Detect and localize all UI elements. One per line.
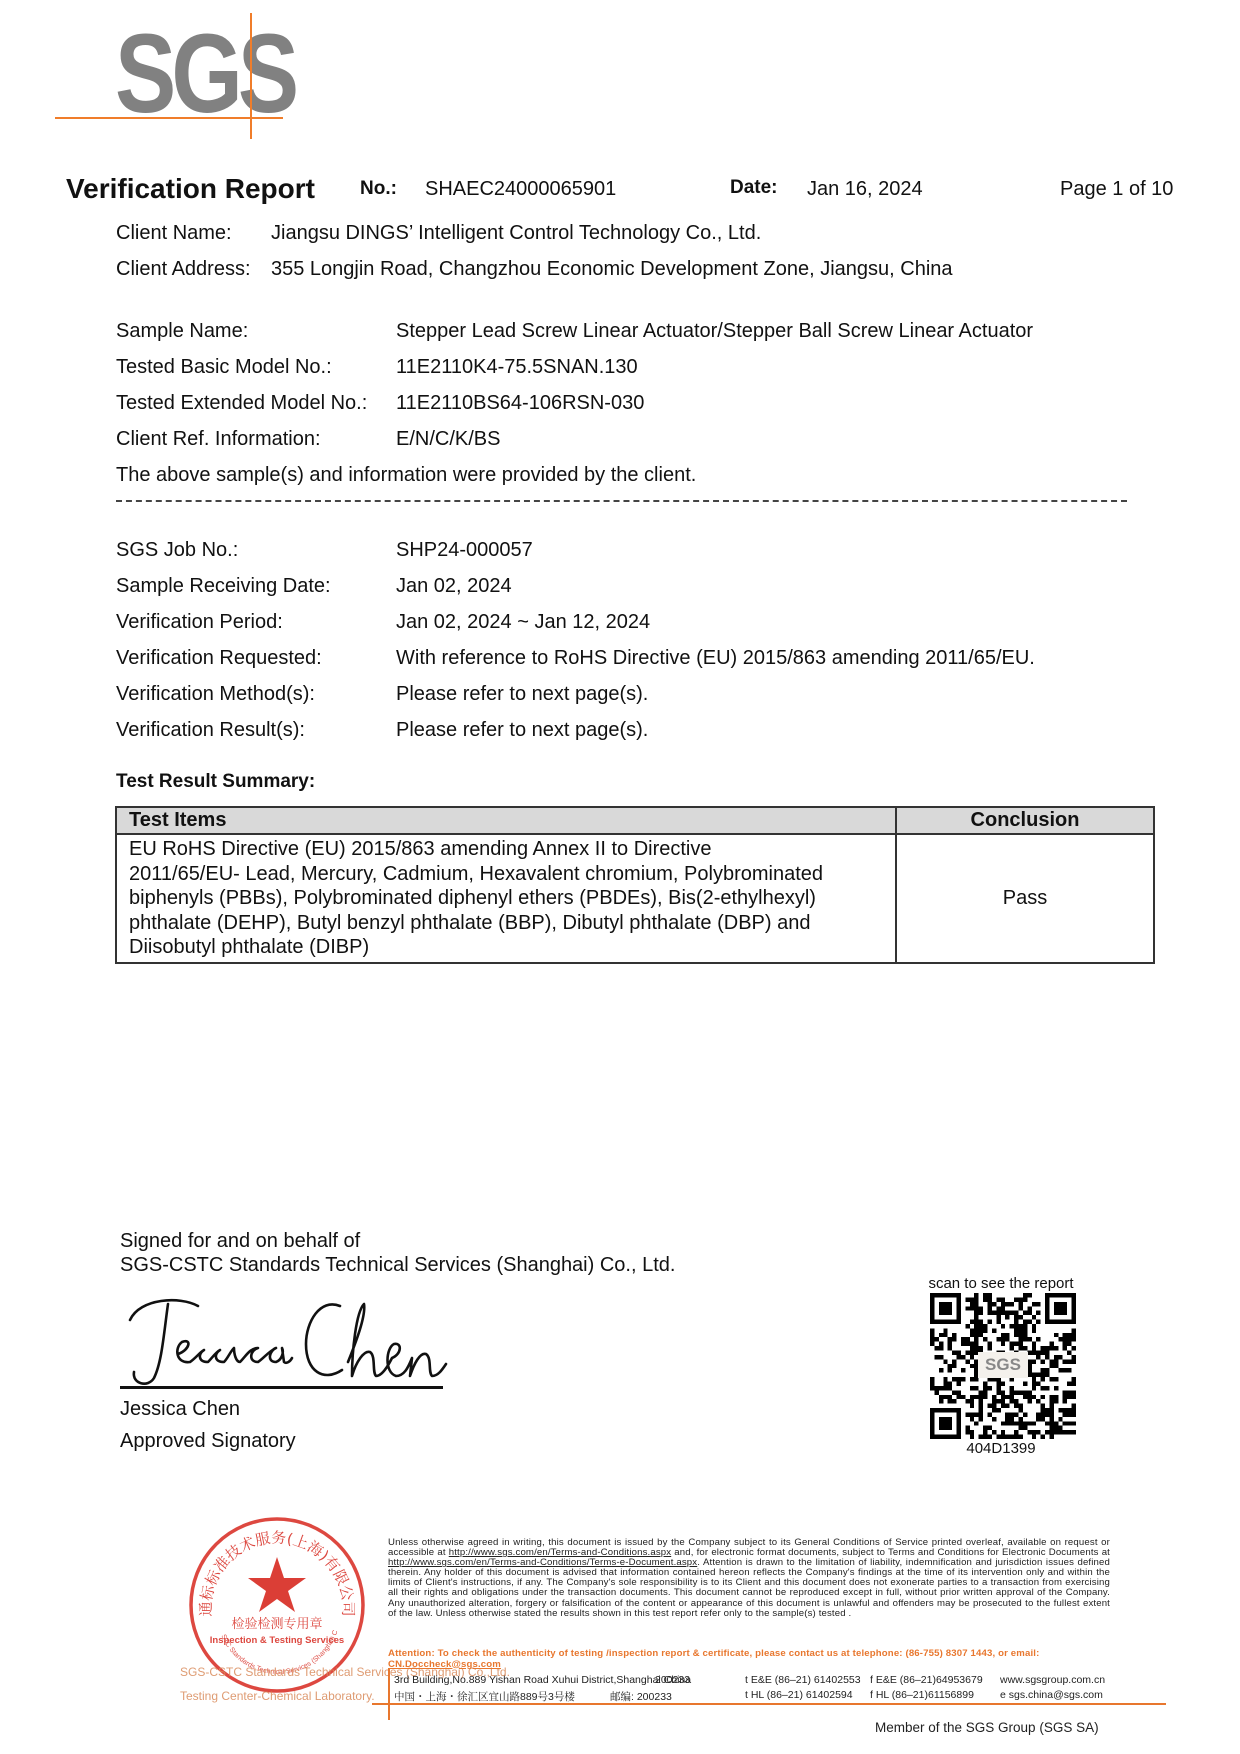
test-item-line: phthalate (DEHP), Butyl benzyl phthalate… <box>129 911 883 936</box>
address-cn: 中国・上海・徐汇区宜山路889号3号楼 <box>394 1689 575 1704</box>
column-header-test-items: Test Items <box>116 807 896 834</box>
star-icon <box>248 1557 306 1612</box>
table-header-row: Test Items Conclusion <box>116 807 1154 834</box>
legal-disclaimer: Unless otherwise agreed in writing, this… <box>388 1538 1110 1619</box>
field-value: E/N/C/K/BS <box>396 428 500 451</box>
client-address-label: Client Address: <box>116 258 251 281</box>
field-label: Verification Method(s): <box>116 683 315 706</box>
test-item-line: biphenyls (PBBs), Polybrominated dipheny… <box>129 886 883 911</box>
qr-center-logo: SGS <box>978 1352 1028 1378</box>
sgs-group-membership: Member of the SGS Group (SGS SA) <box>875 1720 1099 1735</box>
fax-ee: f E&E (86–21)64953679 <box>870 1674 983 1686</box>
doccheck-email-link[interactable]: CN.Doccheck@sgs.com <box>388 1659 501 1670</box>
report-title: Verification Report <box>66 173 315 205</box>
stamp-overlay-line2: Testing Center-Chemical Laboratory. <box>180 1689 375 1703</box>
handwritten-signature <box>120 1292 460 1392</box>
tel-hl: t HL (86–21) 61402594 <box>745 1689 853 1701</box>
sample-note: The above sample(s) and information were… <box>116 464 696 487</box>
sgs-logo: SGS <box>115 22 305 122</box>
website-link[interactable]: www.sgsgroup.com.cn <box>1000 1674 1105 1686</box>
test-item-line: 2011/65/EU- Lead, Mercury, Cadmium, Hexa… <box>129 862 883 887</box>
stamp-center-cn: 检验检测专用章 <box>231 1616 322 1632</box>
field-label: Verification Result(s): <box>116 719 305 742</box>
test-item-line: EU RoHS Directive (EU) 2015/863 amending… <box>129 837 883 862</box>
field-label: Verification Period: <box>116 611 283 634</box>
client-name-label: Client Name: <box>116 222 232 245</box>
field-value: Jan 02, 2024 ~ Jan 12, 2024 <box>396 611 650 634</box>
summary-heading: Test Result Summary: <box>116 771 315 793</box>
field-value: 11E2110BS64-106RSN-030 <box>396 392 644 415</box>
postcode-en: 200233 <box>655 1674 690 1686</box>
logo-vertical-rule <box>250 13 252 139</box>
field-value: Stepper Lead Screw Linear Actuator/Stepp… <box>396 320 1033 343</box>
disclaimer-text: . Attention is drawn to the limitation o… <box>388 1557 1110 1618</box>
fax-hl: f HL (86–21)61156899 <box>870 1689 974 1701</box>
sgs-logo-text: SGS <box>115 24 294 124</box>
field-value: Please refer to next page(s). <box>396 719 648 742</box>
logo-horizontal-rule <box>55 117 283 119</box>
signature-line <box>120 1386 443 1389</box>
field-value: With reference to RoHS Directive (EU) 20… <box>396 647 1035 670</box>
field-label: SGS Job No.: <box>116 539 238 562</box>
report-date: Jan 16, 2024 <box>807 178 923 201</box>
footer-vertical-rule <box>388 1668 390 1720</box>
authenticity-notice: Attention: To check the authenticity of … <box>388 1649 1110 1670</box>
report-date-label: Date: <box>730 177 778 199</box>
signing-company: SGS-CSTC Standards Technical Services (S… <box>120 1254 675 1277</box>
field-value: Jan 02, 2024 <box>396 575 512 598</box>
field-label: Client Ref. Information: <box>116 428 321 451</box>
field-value: 11E2110K4-75.5SNAN.130 <box>396 356 638 379</box>
field-label: Verification Requested: <box>116 647 322 670</box>
conclusion-cell: Pass <box>896 834 1154 963</box>
test-items-cell: EU RoHS Directive (EU) 2015/863 amending… <box>116 834 896 963</box>
field-value: Please refer to next page(s). <box>396 683 648 706</box>
field-label: Sample Receiving Date: <box>116 575 331 598</box>
field-label: Sample Name: <box>116 320 248 343</box>
dashed-divider <box>116 500 1127 502</box>
postcode-cn: 邮编: 200233 <box>610 1689 672 1704</box>
column-header-conclusion: Conclusion <box>896 807 1154 834</box>
report-number: SHAEC24000065901 <box>425 178 616 201</box>
qr-code-id: 404D1399 <box>926 1440 1076 1457</box>
email-link[interactable]: e sgs.china@sgs.com <box>1000 1689 1103 1701</box>
signer-name: Jessica Chen <box>120 1398 240 1421</box>
field-value: SHP24-000057 <box>396 539 533 562</box>
signed-on-behalf-text: Signed for and on behalf of <box>120 1230 360 1253</box>
signer-title: Approved Signatory <box>120 1430 296 1453</box>
tel-ee: t E&E (86–21) 61402553 <box>745 1674 861 1686</box>
field-label: Tested Extended Model No.: <box>116 392 367 415</box>
attention-text: Attention: To check the authenticity of … <box>388 1648 1039 1659</box>
table-row: EU RoHS Directive (EU) 2015/863 amending… <box>116 834 1154 963</box>
qr-caption: scan to see the report <box>926 1275 1076 1292</box>
test-item-line: Diisobutyl phthalate (DIBP) <box>129 935 883 960</box>
field-label: Tested Basic Model No.: <box>116 356 332 379</box>
address-en: 3rd Building,No.889 Yishan Road Xuhui Di… <box>394 1674 691 1686</box>
client-address-value: 355 Longjin Road, Changzhou Economic Dev… <box>271 258 953 281</box>
report-number-label: No.: <box>360 178 397 200</box>
test-result-table: Test Items Conclusion EU RoHS Directive … <box>115 806 1155 964</box>
client-name-value: Jiangsu DINGS’ Intelligent Control Techn… <box>271 222 761 245</box>
page-indicator: Page 1 of 10 <box>1060 178 1173 201</box>
